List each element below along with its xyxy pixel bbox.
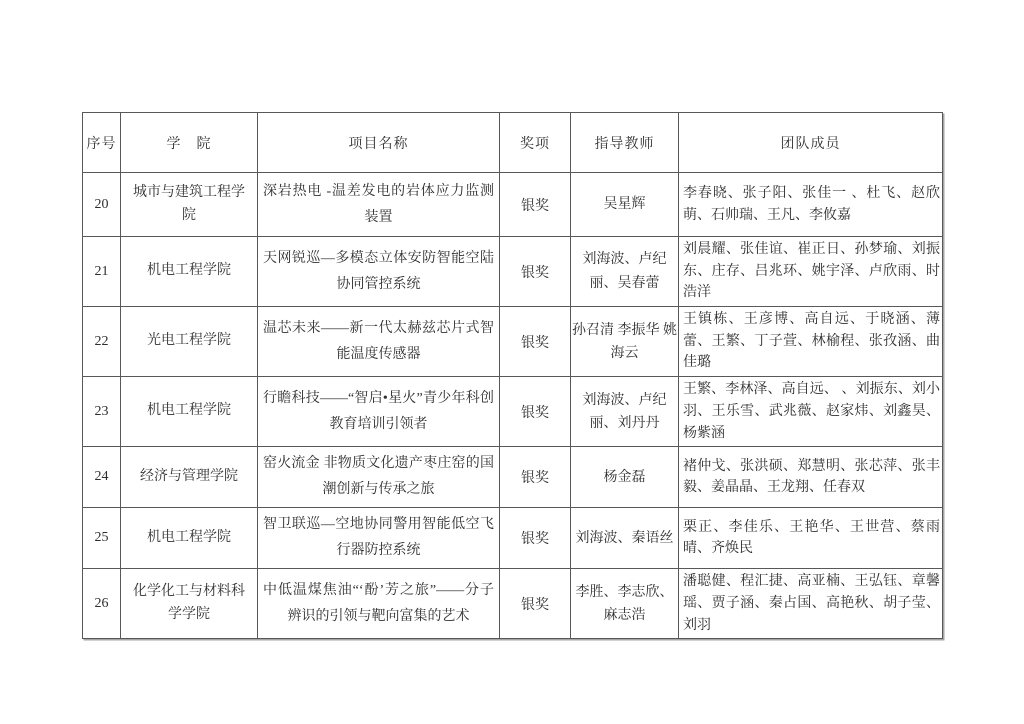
cell-no: 20 (83, 173, 121, 237)
cell-college: 机电工程学院 (121, 508, 258, 569)
cell-award: 银奖 (500, 377, 571, 447)
cell-advisors: 吴星辉 (571, 173, 679, 237)
cell-advisors: 杨金磊 (571, 447, 679, 508)
table-row: 25 机电工程学院 智卫联巡—空地协同警用智能低空飞行器防控系统 银奖 刘海波、… (83, 508, 943, 569)
cell-no: 21 (83, 237, 121, 307)
cell-award: 银奖 (500, 508, 571, 569)
cell-college: 光电工程学院 (121, 307, 258, 377)
cell-members: 栗正、李佳乐、王艳华、王世营、蔡雨晴、齐焕民 (679, 508, 943, 569)
cell-project: 天网锐巡—多模态立体安防智能空陆协同管控系统 (258, 237, 500, 307)
cell-advisors: 刘海波、卢纪丽、吴春蕾 (571, 237, 679, 307)
cell-no: 24 (83, 447, 121, 508)
table-row: 20 城市与建筑工程学院 深岩热电 -温差发电的岩体应力监测装置 银奖 吴星辉 … (83, 173, 943, 237)
cell-college: 机电工程学院 (121, 377, 258, 447)
cell-project: 中低温煤焦油“‘酚’芳之旅”——分子辨识的引领与靶向富集的艺术 (258, 569, 500, 639)
cell-members: 刘晨耀、张佳谊、崔正日、孙梦瑜、刘振东、庄存、吕兆环、姚宇泽、卢欣雨、时浩洋 (679, 237, 943, 307)
cell-college: 化学化工与材料科学学院 (121, 569, 258, 639)
cell-advisors: 刘海波、秦语丝 (571, 508, 679, 569)
cell-no: 25 (83, 508, 121, 569)
table-row: 21 机电工程学院 天网锐巡—多模态立体安防智能空陆协同管控系统 银奖 刘海波、… (83, 237, 943, 307)
cell-no: 23 (83, 377, 121, 447)
cell-members: 李春晓、张子阳、张佳一 、杜飞、赵欣萌、石帅瑞、王凡、李攸嘉 (679, 173, 943, 237)
cell-members: 潘聪健、程汇捷、高亚楠、王弘钰、章馨瑶、贾子涵、秦占国、高艳秋、胡子莹、刘羽 (679, 569, 943, 639)
cell-award: 银奖 (500, 237, 571, 307)
cell-no: 26 (83, 569, 121, 639)
cell-project: 深岩热电 -温差发电的岩体应力监测装置 (258, 173, 500, 237)
header-cell-college: 学 院 (121, 113, 258, 173)
cell-members: 王繁、李林泽、高自远、 、刘振东、刘小羽、王乐雪、武兆薇、赵家炜、刘鑫昊、杨紫涵 (679, 377, 943, 447)
cell-no: 22 (83, 307, 121, 377)
document-page: 序号 学 院 项目名称 奖项 指导教师 团队成员 20 城市与建筑工程学院 深岩… (0, 0, 1024, 724)
cell-college: 经济与管理学院 (121, 447, 258, 508)
cell-members: 王镇栋、王彦博、高自远、于晓涵、薄蕾、王繁、丁子萱、林榆程、张孜涵、曲佳璐 (679, 307, 943, 377)
cell-advisors: 刘海波、卢纪丽、刘丹丹 (571, 377, 679, 447)
table-header-row: 序号 学 院 项目名称 奖项 指导教师 团队成员 (83, 113, 943, 173)
header-cell-award: 奖项 (500, 113, 571, 173)
table-row: 26 化学化工与材料科学学院 中低温煤焦油“‘酚’芳之旅”——分子辨识的引领与靶… (83, 569, 943, 639)
cell-award: 银奖 (500, 447, 571, 508)
header-cell-project: 项目名称 (258, 113, 500, 173)
cell-college: 机电工程学院 (121, 237, 258, 307)
cell-members: 褚仲戈、张洪硕、郑慧明、张芯萍、张丰毅、姜晶晶、王龙翔、任春双 (679, 447, 943, 508)
table-row: 24 经济与管理学院 窑火流金 非物质文化遗产枣庄窑的国潮创新与传承之旅 银奖 … (83, 447, 943, 508)
header-cell-advisors: 指导教师 (571, 113, 679, 173)
table-row: 23 机电工程学院 行瞻科技——“智启•星火”青少年科创教育培训引领者 银奖 刘… (83, 377, 943, 447)
header-cell-no: 序号 (83, 113, 121, 173)
cell-college: 城市与建筑工程学院 (121, 173, 258, 237)
award-table: 序号 学 院 项目名称 奖项 指导教师 团队成员 20 城市与建筑工程学院 深岩… (82, 112, 943, 639)
cell-project: 智卫联巡—空地协同警用智能低空飞行器防控系统 (258, 508, 500, 569)
cell-project: 温芯未来——新一代太赫兹芯片式智能温度传感器 (258, 307, 500, 377)
cell-project: 行瞻科技——“智启•星火”青少年科创教育培训引领者 (258, 377, 500, 447)
cell-award: 银奖 (500, 569, 571, 639)
cell-award: 银奖 (500, 173, 571, 237)
table-row: 22 光电工程学院 温芯未来——新一代太赫兹芯片式智能温度传感器 银奖 孙召清 … (83, 307, 943, 377)
cell-advisors: 孙召清 李振华 姚海云 (571, 307, 679, 377)
cell-project: 窑火流金 非物质文化遗产枣庄窑的国潮创新与传承之旅 (258, 447, 500, 508)
cell-award: 银奖 (500, 307, 571, 377)
cell-advisors: 李胜、李志欣、麻志浩 (571, 569, 679, 639)
header-cell-members: 团队成员 (679, 113, 943, 173)
